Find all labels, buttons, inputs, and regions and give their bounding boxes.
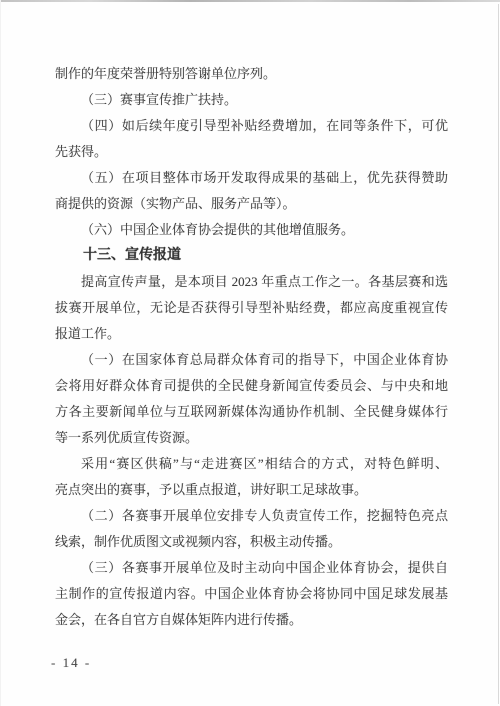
text-line: （五）在项目整体市场开发取得成果的基础上，优先获得赞助 — [55, 165, 448, 191]
page-number: - 14 - — [51, 650, 91, 676]
section-heading-text: 十三、宣传报道 — [55, 243, 448, 269]
document-page: 制作的年度荣誉册特别答谢单位序列。 （三）赛事宣传推广扶持。 （四）如后续年度引… — [0, 0, 500, 706]
paragraph: 提高宣传声量，是本项目 2023 年重点工作之一。各基层赛和选 拔赛开展单位，无… — [55, 269, 448, 347]
text-line: 制作的年度荣誉册特别答谢单位序列。 — [55, 61, 448, 87]
paragraph: （五）在项目整体市场开发取得成果的基础上，优先获得赞助 商提供的资源（实物产品、… — [55, 165, 448, 217]
paragraph: （四）如后续年度引导型补贴经费增加，在同等条件下，可优 先获得。 — [55, 113, 448, 165]
text-line: 拔赛开展单位，无论是否获得引导型补贴经费，都应高度重视宣传 — [55, 295, 448, 321]
text-line: 亮点突出的赛事，予以重点报道，讲好职工足球故事。 — [55, 477, 448, 503]
paragraph: 制作的年度荣誉册特别答谢单位序列。 — [55, 61, 448, 87]
paragraph: （二）各赛事开展单位安排专人负责宣传工作，挖掘特色亮点 线索，制作优质图文或视频… — [55, 503, 448, 555]
text-line: （六）中国企业体育协会提供的其他增值服务。 — [55, 217, 448, 243]
section-heading: 十三、宣传报道 — [55, 243, 448, 269]
text-line: （二）各赛事开展单位安排专人负责宣传工作，挖掘特色亮点 — [55, 503, 448, 529]
document-body: 制作的年度荣誉册特别答谢单位序列。 （三）赛事宣传推广扶持。 （四）如后续年度引… — [55, 61, 448, 633]
scan-edge-left — [0, 0, 1, 706]
text-line: （四）如后续年度引导型补贴经费增加，在同等条件下，可优 — [55, 113, 448, 139]
text-line: 提高宣传声量，是本项目 2023 年重点工作之一。各基层赛和选 — [55, 269, 448, 295]
text-line: 金会，在各自官方自媒体矩阵内进行传播。 — [55, 607, 448, 633]
text-line: 线索，制作优质图文或视频内容，积极主动传播。 — [55, 529, 448, 555]
text-line: 主制作的宣传报道内容。中国企业体育协会将协同中国足球发展基 — [55, 581, 448, 607]
paragraph: （三）赛事宣传推广扶持。 — [55, 87, 448, 113]
text-line: 等一系列优质宣传资源。 — [55, 425, 448, 451]
text-line: （三）各赛事开展单位及时主动向中国企业体育协会，提供自 — [55, 555, 448, 581]
paragraph: （三）各赛事开展单位及时主动向中国企业体育协会，提供自 主制作的宣传报道内容。中… — [55, 555, 448, 633]
text-line: 采用“赛区供稿”与“走进赛区”相结合的方式，对特色鲜明、 — [55, 451, 448, 477]
text-line: 方各主要新闻单位与互联网新媒体沟通协作机制、全民健身媒体行 — [55, 399, 448, 425]
paragraph: 采用“赛区供稿”与“走进赛区”相结合的方式，对特色鲜明、 亮点突出的赛事，予以重… — [55, 451, 448, 503]
text-line: （三）赛事宣传推广扶持。 — [55, 87, 448, 113]
scan-edge-right — [498, 4, 499, 704]
paragraph: （六）中国企业体育协会提供的其他增值服务。 — [55, 217, 448, 243]
text-line: 报道工作。 — [55, 321, 448, 347]
scan-edge-top — [0, 0, 500, 2]
paragraph: （一）在国家体育总局群众体育司的指导下，中国企业体育协 会将用好群众体育司提供的… — [55, 347, 448, 451]
text-line: 商提供的资源（实物产品、服务产品等）。 — [55, 191, 448, 217]
text-line: （一）在国家体育总局群众体育司的指导下，中国企业体育协 — [55, 347, 448, 373]
text-line: 先获得。 — [55, 139, 448, 165]
text-line: 会将用好群众体育司提供的全民健身新闻宣传委员会、与中央和地 — [55, 373, 448, 399]
